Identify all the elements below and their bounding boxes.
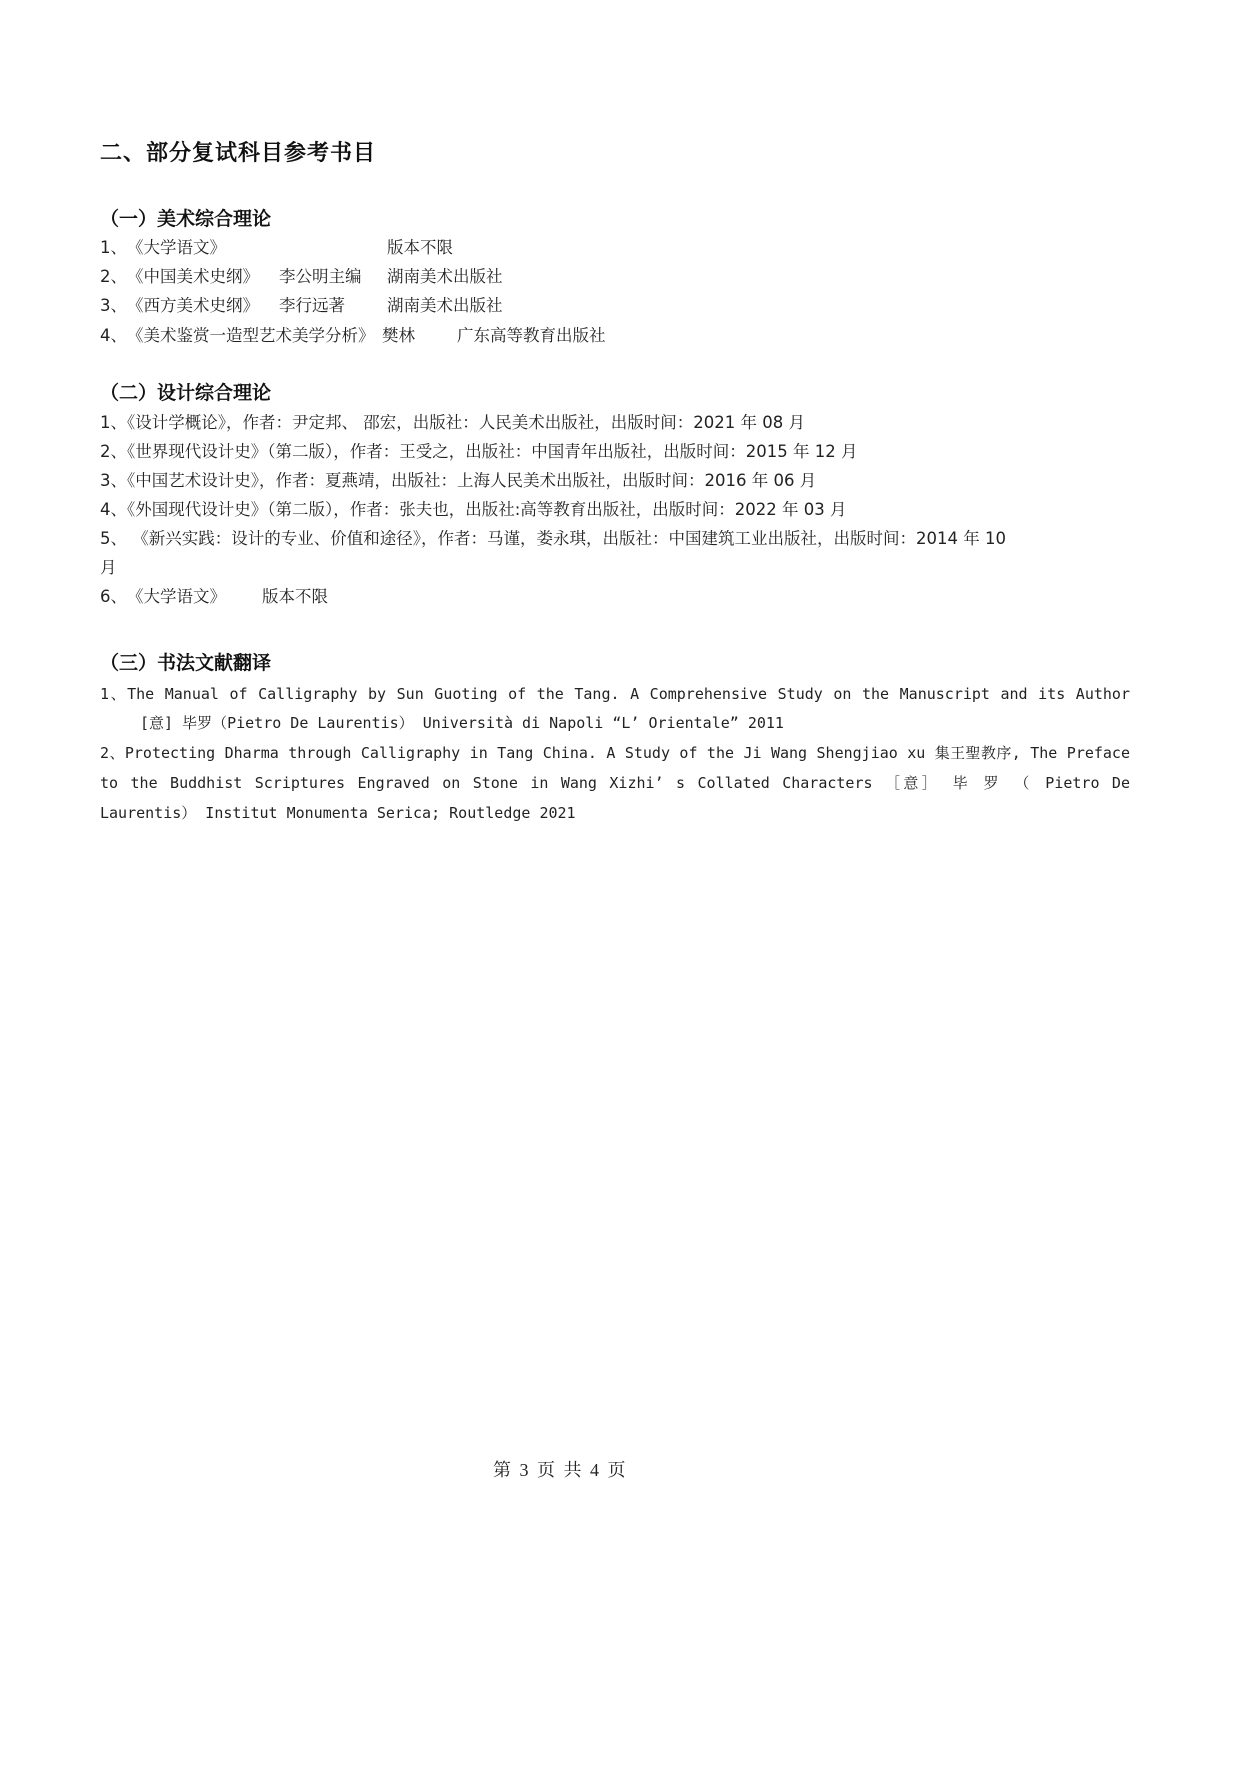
publisher: 湖南美术出版社 bbox=[387, 267, 503, 286]
item-number: 4、 bbox=[100, 326, 127, 345]
list-item: 6、《大学语文》版本不限 bbox=[100, 583, 328, 607]
book-title: 《美术鉴赏一造型艺术美学分析》 bbox=[127, 322, 382, 346]
author: 樊林 bbox=[382, 322, 457, 346]
list-item: 1、《大学语文》版本不限 bbox=[100, 234, 453, 258]
publisher: 版本不限 bbox=[387, 238, 453, 257]
list-item: 1、《设计学概论》，作者：尹定邦、 邵宏，出版社：人民美术出版社，出版时间：20… bbox=[100, 409, 805, 433]
page-number: 第 3 页 共 4 页 bbox=[493, 1456, 628, 1482]
item-number: 3、 bbox=[100, 296, 127, 315]
list-item-line: to the Buddhist Scriptures Engraved on S… bbox=[100, 772, 1130, 793]
item-number: 6、 bbox=[100, 587, 127, 606]
book-title: 《西方美术史纲》 bbox=[127, 292, 279, 316]
book-title: 《中国美术史纲》 bbox=[127, 263, 279, 287]
publisher: 湖南美术出版社 bbox=[387, 296, 503, 315]
list-item: 2、《中国美术史纲》李公明主编湖南美术出版社 bbox=[100, 263, 503, 287]
item-number: 2、 bbox=[100, 267, 127, 286]
item-number: 1、 bbox=[100, 238, 127, 257]
list-item-continuation: 月 bbox=[100, 554, 117, 578]
book-title: 《大学语文》 bbox=[127, 583, 262, 607]
list-item: 3、《中国艺术设计史》，作者：夏燕靖，出版社：上海人民美术出版社，出版时间：20… bbox=[100, 467, 816, 491]
list-item: 2、《世界现代设计史》（第二版），作者：王受之，出版社：中国青年出版社，出版时间… bbox=[100, 438, 857, 462]
subsection-title-design-theory: （二）设计综合理论 bbox=[100, 378, 271, 405]
list-item: 4、《美术鉴赏一造型艺术美学分析》樊林广东高等教育出版社 bbox=[100, 322, 606, 346]
subsection-title-calligraphy-translation: （三）书法文献翻译 bbox=[100, 648, 271, 675]
publisher: 版本不限 bbox=[262, 587, 328, 606]
list-item: 4、《外国现代设计史》（第二版），作者：张夫也，出版社:高等教育出版社，出版时间… bbox=[100, 496, 847, 520]
list-item-line: Laurentis） Institut Monumenta Serica; Ro… bbox=[100, 802, 576, 823]
list-item: 3、《西方美术史纲》李行远著湖南美术出版社 bbox=[100, 292, 503, 316]
section-title: 二、部分复试科目参考书目 bbox=[100, 136, 376, 167]
subsection-title-art-theory: （一）美术综合理论 bbox=[100, 204, 271, 231]
author: 李公明主编 bbox=[279, 263, 387, 287]
document-page: 二、部分复试科目参考书目 （一）美术综合理论 1、《大学语文》版本不限 2、《中… bbox=[0, 0, 1256, 1777]
list-item: 5、 《新兴实践：设计的专业、价值和途径》，作者：马谨，娄永琪，出版社：中国建筑… bbox=[100, 525, 1006, 549]
publisher: 广东高等教育出版社 bbox=[457, 326, 606, 345]
book-title: 《大学语文》 bbox=[127, 234, 387, 258]
list-item-line: [意] 毕罗（Pietro De Laurentis） Università d… bbox=[140, 712, 784, 733]
list-item-line: 1、The Manual of Calligraphy by Sun Guoti… bbox=[100, 683, 1130, 704]
author: 李行远著 bbox=[279, 292, 387, 316]
list-item-line: 2、Protecting Dharma through Calligraphy … bbox=[100, 742, 1130, 763]
